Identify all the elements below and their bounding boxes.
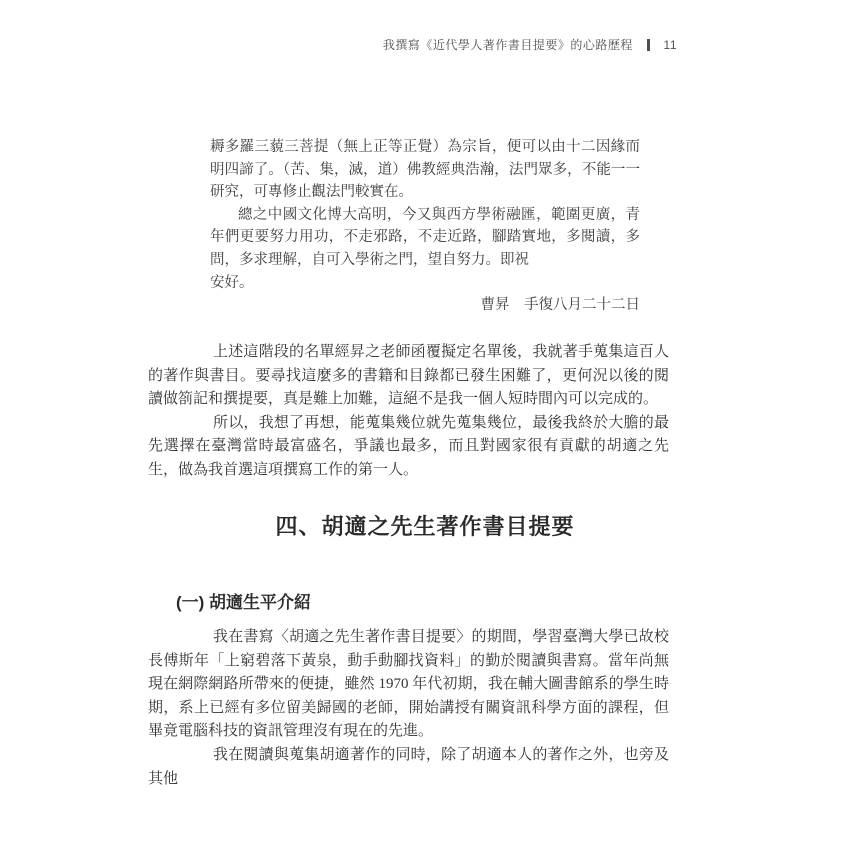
subsection-title: (一) 胡適生平介紹 (176, 592, 311, 614)
body-paragraph: 所以，我想了再想，能蒐集幾位就先蒐集幾位，最後我終於大膽的最先選擇在臺灣當時最富… (148, 412, 669, 483)
body-text-block-2: 我在書寫〈胡適之先生著作書目提要〉的期間，學習臺灣大學已故校長傅斯年「上窮碧落下… (148, 626, 669, 791)
quoted-letter-block: 耨多羅三藐三菩提（無上正等正覺）為宗旨，便可以由十二因緣而明四諦了。（苦、集，滅… (210, 136, 640, 317)
section-title: 四、胡適之先生著作書目提要 (0, 512, 850, 542)
body-paragraph: 上述這階段的名單經昇之老師函覆擬定名單後，我就著手蒐集這百人的著作與書目。要尋找… (148, 341, 669, 412)
letter-closing: 安好。 (210, 272, 640, 295)
header-chapter-title: 我撰寫《近代學人著作書目提要》的心路歷程 (383, 38, 633, 52)
body-paragraph: 我在閱讀與蒐集胡適著作的同時，除了胡適本人的著作之外，也旁及其他 (148, 744, 669, 791)
letter-signature: 曹昇 手復八月二十二日 (210, 294, 640, 317)
book-page: 我撰寫《近代學人著作書目提要》的心路歷程 11 耨多羅三藐三菩提（無上正等正覺）… (0, 0, 850, 850)
body-text-block-1: 上述這階段的名單經昇之老師函覆擬定名單後，我就著手蒐集這百人的著作與書目。要尋找… (148, 341, 669, 483)
letter-paragraph: 耨多羅三藐三菩提（無上正等正覺）為宗旨，便可以由十二因緣而明四諦了。（苦、集，滅… (210, 136, 640, 204)
body-paragraph: 我在書寫〈胡適之先生著作書目提要〉的期間，學習臺灣大學已故校長傅斯年「上窮碧落下… (148, 626, 669, 744)
letter-paragraph: 總之中國文化博大高明，今又與西方學術融匯，範圍更廣，青年們更要努力用功，不走邪路… (210, 204, 640, 272)
header-separator-bar (647, 39, 650, 51)
header-page-number: 11 (664, 38, 677, 52)
page-header: 我撰寫《近代學人著作書目提要》的心路歷程 11 (383, 36, 677, 53)
